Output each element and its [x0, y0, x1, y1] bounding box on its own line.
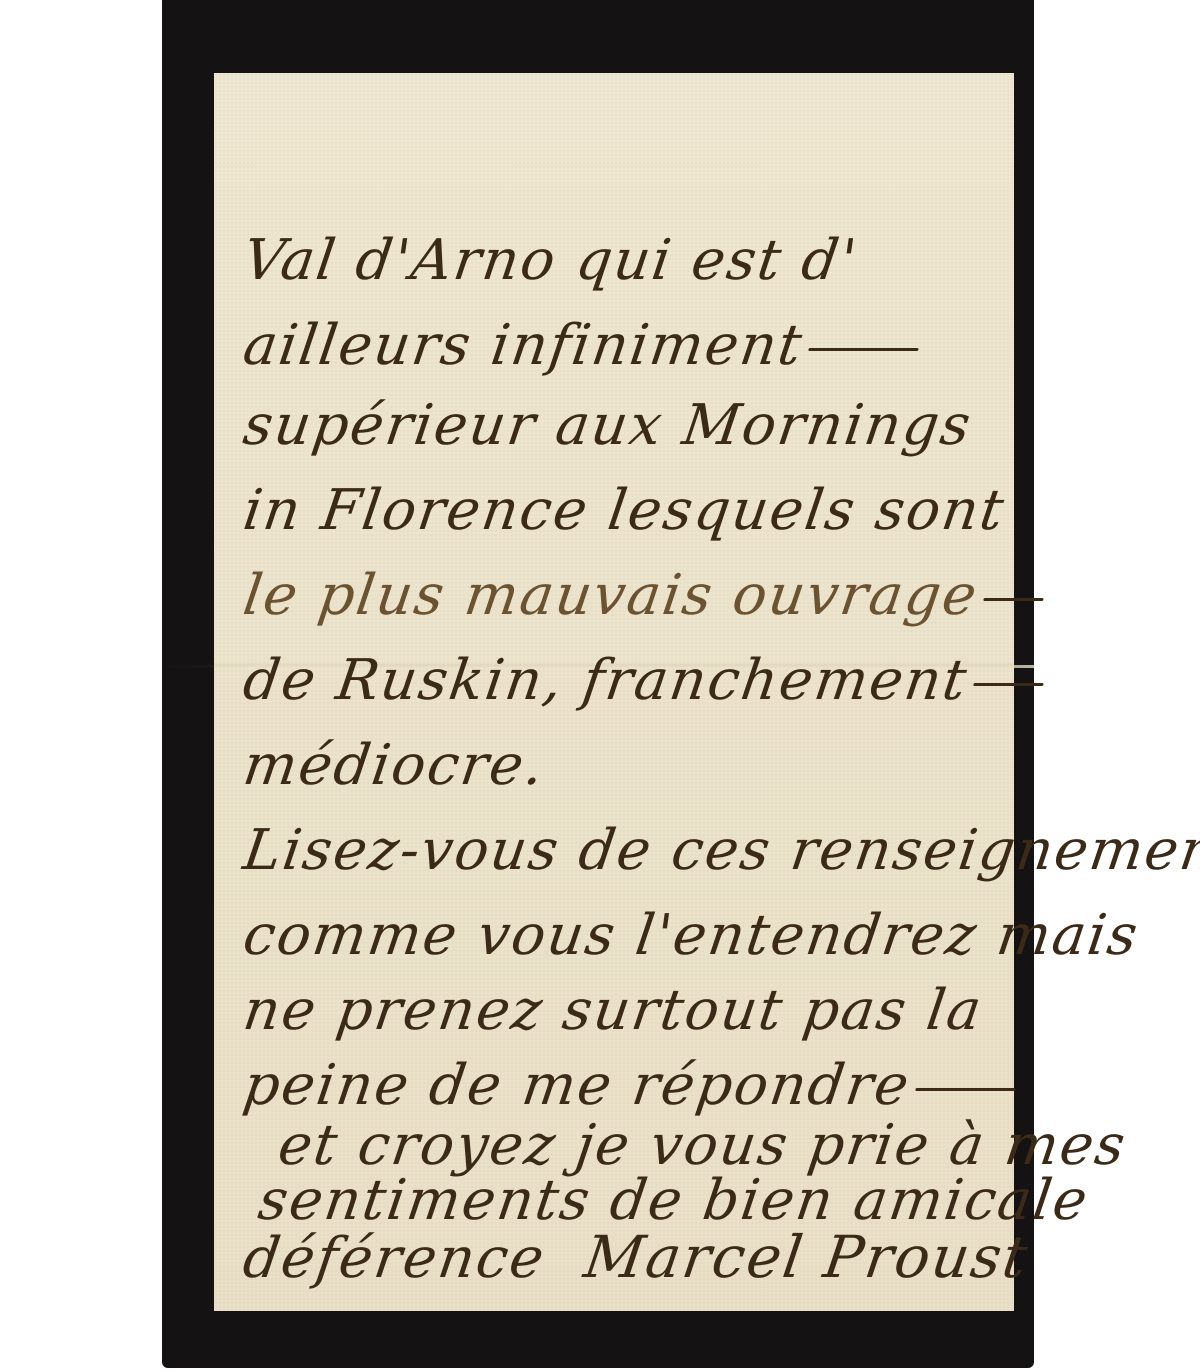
letter-line: comme vous l'entendrez mais: [239, 903, 1143, 968]
letter-line: déférence Marcel Proust: [239, 1223, 1033, 1291]
letter-line-text: peine de me répondre: [239, 1053, 914, 1118]
letter-line-text: déférence: [239, 1226, 549, 1291]
letter-line: Val d'Arno qui est d': [239, 228, 862, 293]
handwritten-text: Val d'Arno qui est d' ailleurs infinimen…: [214, 73, 1014, 1311]
mourning-border-card: Val d'Arno qui est d' ailleurs infinimen…: [162, 0, 1034, 1368]
letter-line-text: ailleurs infiniment: [239, 313, 807, 378]
letter-line: médiocre.: [239, 733, 549, 798]
letter-line: Lisez-vous de ces renseignements: [239, 818, 1200, 883]
pen-flourish: [973, 683, 1043, 686]
letter-line-text: le plus mauvais ouvrage: [239, 563, 982, 628]
letter-line: le plus mauvais ouvrage: [239, 563, 1048, 628]
pen-flourish: [915, 1088, 1015, 1091]
letter-paper: Val d'Arno qui est d' ailleurs infinimen…: [214, 73, 1014, 1311]
letter-line: in Florence lesquels sont: [239, 478, 1009, 543]
pen-flourish: [808, 348, 918, 351]
letter-line: ailleurs infiniment: [239, 313, 923, 378]
pen-flourish: [983, 598, 1043, 601]
letter-line-text: de Ruskin, franchement: [239, 648, 972, 713]
letter-line: peine de me répondre: [239, 1053, 1020, 1118]
letter-line: ne prenez surtout pas la: [239, 978, 987, 1043]
signature: Marcel Proust: [580, 1223, 1033, 1291]
letter-line: supérieur aux Mornings: [239, 393, 976, 458]
letter-line: de Ruskin, franchement: [239, 648, 1048, 713]
